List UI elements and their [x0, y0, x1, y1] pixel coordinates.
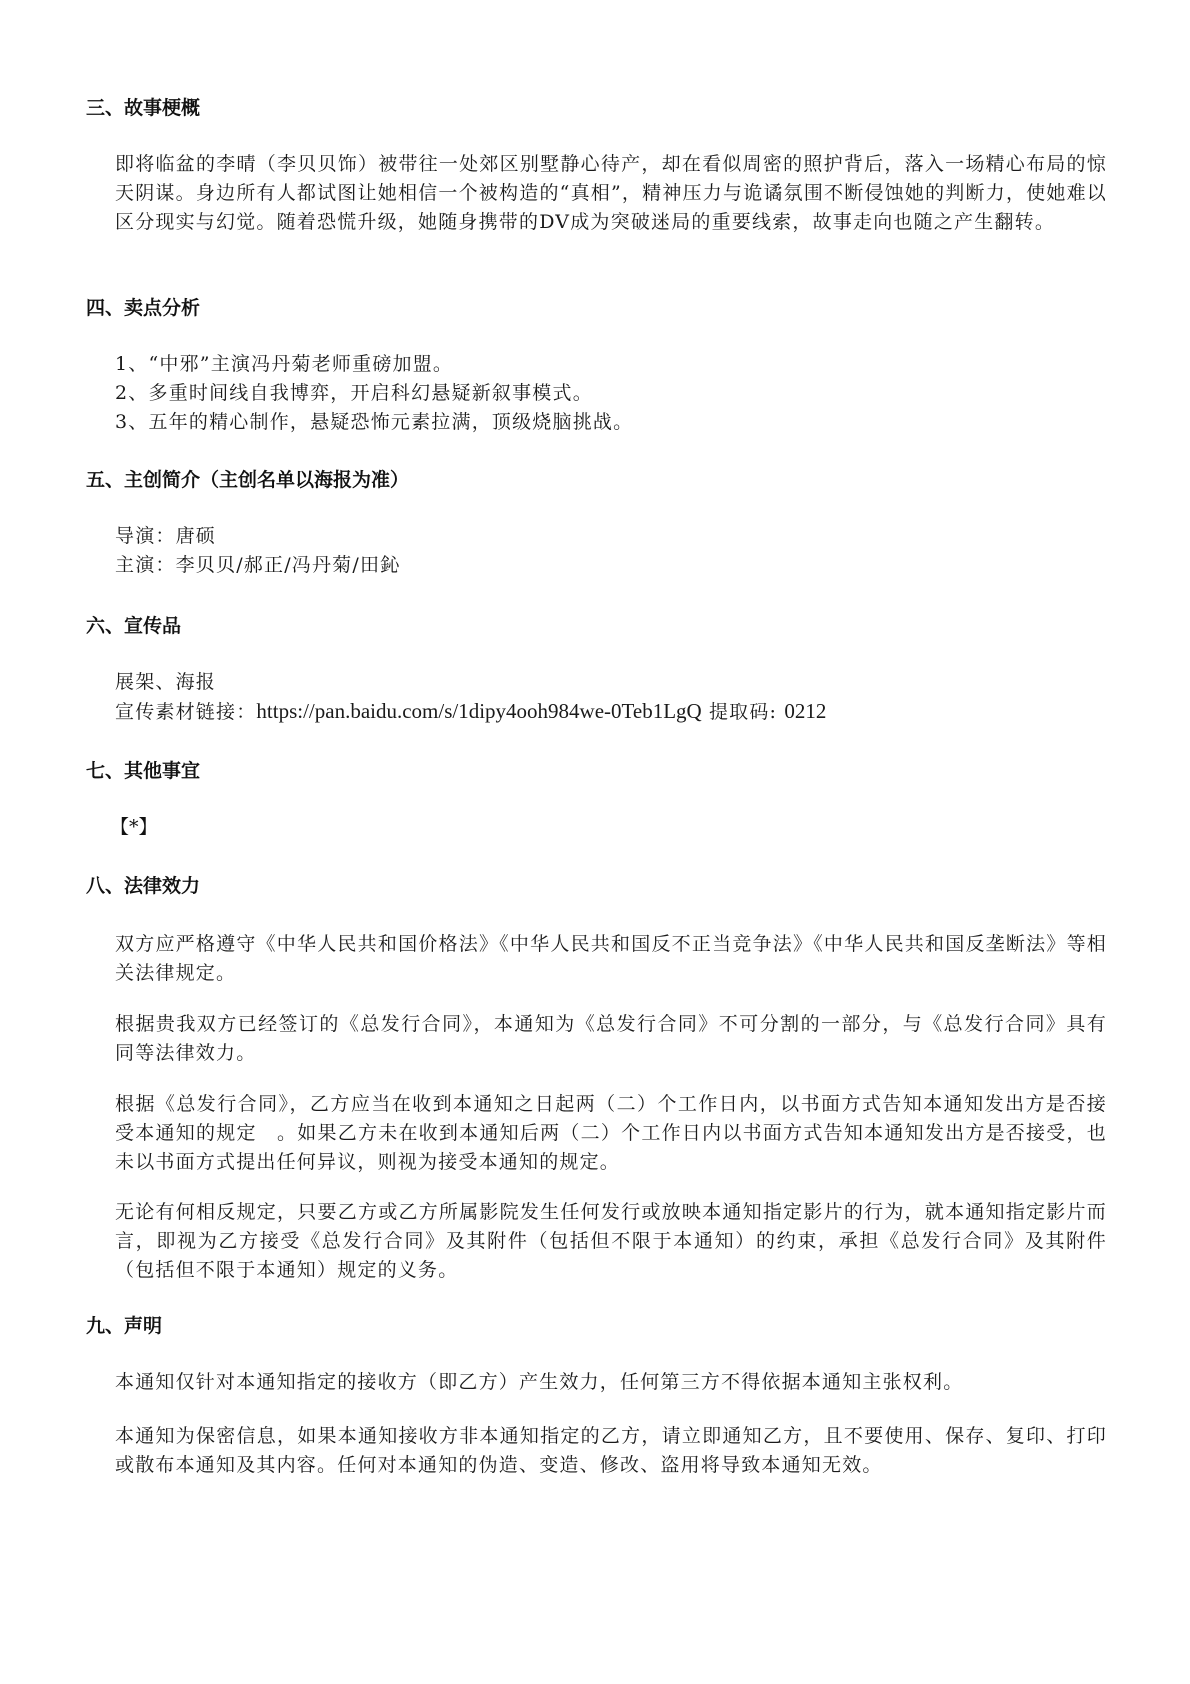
promo-link-line: 宣传素材链接：https://pan.baidu.com/s/1dipy4ooh… [115, 697, 826, 727]
cast-line: 主演：李贝贝/郝正/冯丹菊/田鈊 [115, 551, 400, 580]
legal-paragraph: 无论有何相反规定，只要乙方或乙方所属影院发生任何发行或放映本通知指定影片的行为，… [115, 1198, 1107, 1285]
legal-paragraph: 双方应严格遵守《中华人民共和国价格法》《中华人民共和国反不正当竞争法》《中华人民… [115, 930, 1107, 988]
story-synopsis-paragraph: 即将临盆的李晴（李贝贝饰）被带往一处郊区别墅静心待产，却在看似周密的照护背后，落… [115, 150, 1107, 237]
section-heading-selling-points: 四、卖点分析 [86, 296, 200, 320]
selling-point-item: 1、“中邪”主演冯丹菊老师重磅加盟。 [115, 350, 453, 379]
section-heading-legal-effect: 八、法律效力 [86, 874, 200, 898]
director-line: 导演：唐硕 [115, 522, 216, 551]
section-heading-other-matters: 七、其他事宜 [86, 759, 200, 783]
legal-paragraph: 根据《总发行合同》，乙方应当在收到本通知之日起两（二）个工作日内，以书面方式告知… [115, 1090, 1107, 1177]
selling-point-item: 2、多重时间线自我博弈，开启科幻悬疑新叙事模式。 [115, 379, 593, 408]
promo-link-label: 宣传素材链接： [115, 701, 256, 723]
promo-items-line: 展架、海报 [115, 668, 216, 697]
promo-link-url[interactable]: https://pan.baidu.com/s/1dipy4ooh984we-0… [256, 699, 701, 723]
statement-paragraph: 本通知为保密信息，如果本通知接收方非本通知指定的乙方，请立即通知乙方，且不要使用… [115, 1422, 1107, 1480]
statement-paragraph: 本通知仅针对本通知指定的接收方（即乙方）产生效力，任何第三方不得依据本通知主张权… [115, 1368, 1107, 1397]
legal-paragraph: 根据贵我双方已经签订的《总发行合同》，本通知为《总发行合同》不可分割的一部分，与… [115, 1010, 1107, 1068]
selling-point-item: 3、五年的精心制作，悬疑恐怖元素拉满，顶级烧脑挑战。 [115, 408, 633, 437]
extraction-code-value: 0212 [784, 699, 826, 723]
document-page: 三、故事梗概 即将临盆的李晴（李贝贝饰）被带往一处郊区别墅静心待产，却在看似周密… [0, 0, 1190, 1684]
section-heading-story: 三、故事梗概 [86, 96, 200, 120]
section-heading-promo-materials: 六、宣传品 [86, 614, 181, 638]
section-heading-statement: 九、声明 [86, 1314, 162, 1338]
other-matters-placeholder: 【*】 [110, 813, 158, 842]
section-heading-creators: 五、主创简介（主创名单以海报为准） [86, 468, 409, 492]
extraction-code-label: 提取码: [702, 701, 785, 723]
